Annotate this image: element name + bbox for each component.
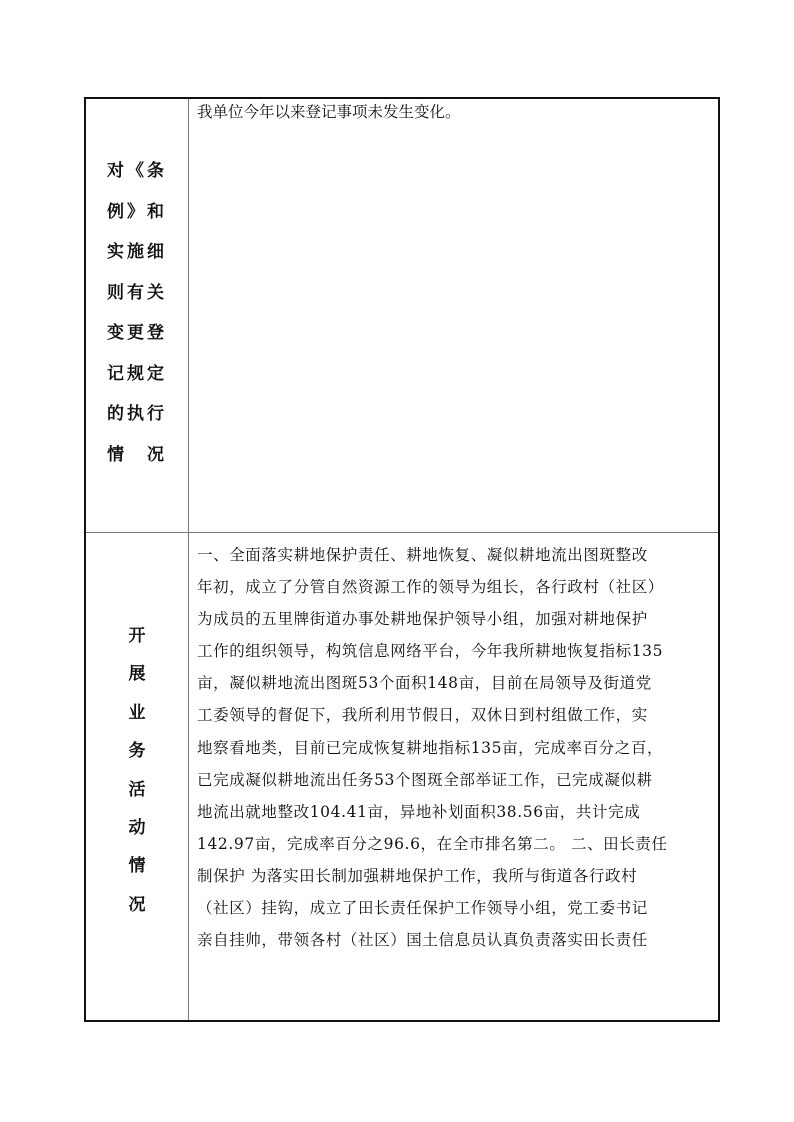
content-line: 地察看地类，目前已完成恢复耕地指标135亩，完成率百分之百， bbox=[197, 732, 714, 764]
content-line: 工作的组织领导，构筑信息网络平台，今年我所耕地恢复指标135 bbox=[197, 635, 714, 667]
label-line: 况 bbox=[86, 886, 188, 924]
label-line: 对《条 bbox=[86, 151, 188, 192]
content-line: 为成员的五里牌街道办事处耕地保护领导小组，加强对耕地保护 bbox=[197, 603, 714, 635]
content-line: 亲自挂帅，带领各村（社区）国土信息员认真负责落实田长责任 bbox=[197, 924, 714, 956]
label-line: 务 bbox=[86, 732, 188, 770]
label-line: 记规定 bbox=[86, 354, 188, 395]
label-line: 情 况 bbox=[86, 435, 188, 476]
content-line: 一、全面落实耕地保护责任、耕地恢复、凝似耕地流出图斑整改 bbox=[197, 539, 714, 571]
content-line: 亩，凝似耕地流出图斑53个面积148亩，目前在局领导及街道党 bbox=[197, 667, 714, 699]
content-line: 已完成凝似耕地流出任务53个图斑全部举证工作，已完成凝似耕 bbox=[197, 764, 714, 796]
label-line: 的执行 bbox=[86, 394, 188, 435]
content-line: 地流出就地整改104.41亩，异地补划面积38.56亩，共计完成 bbox=[197, 796, 714, 828]
row-content-change-registration: 我单位今年以来登记事项未发生变化。 bbox=[189, 99, 718, 532]
row-business-activities: 开 展 业 务 活 动 情 况 一、全面落实耕地保护责任、耕地恢复、凝似耕地流出… bbox=[86, 533, 718, 1020]
content-line: 制保护 为落实田长制加强耕地保护工作，我所与街道各行政村 bbox=[197, 860, 714, 892]
label-line: 例》和 bbox=[86, 192, 188, 233]
label-line: 活 bbox=[86, 771, 188, 809]
registration-report-table: 对《条 例》和 实施细 则有关 变更登 记规定 的执行 情 况 我单位今年以来登… bbox=[84, 97, 720, 1022]
content-line: 工委领导的督促下，我所利用节假日，双休日到村组做工作，实 bbox=[197, 699, 714, 731]
label-line: 动 bbox=[86, 809, 188, 847]
label-line: 展 bbox=[86, 655, 188, 693]
label-line: 则有关 bbox=[86, 273, 188, 314]
label-line: 情 bbox=[86, 847, 188, 885]
row-change-registration: 对《条 例》和 实施细 则有关 变更登 记规定 的执行 情 况 我单位今年以来登… bbox=[86, 99, 718, 533]
label-line: 开 bbox=[86, 617, 188, 655]
row-label-change-registration: 对《条 例》和 实施细 则有关 变更登 记规定 的执行 情 况 bbox=[86, 99, 189, 532]
content-line: （社区）挂钩，成立了田长责任保护工作领导小组，党工委书记 bbox=[197, 892, 714, 924]
label-line: 变更登 bbox=[86, 313, 188, 354]
content-line: 142.97亩，完成率百分之96.6，在全市排名第二。 二、田长责任 bbox=[197, 828, 714, 860]
label-line: 实施细 bbox=[86, 232, 188, 273]
label-line: 业 bbox=[86, 694, 188, 732]
row-content-business-activities: 一、全面落实耕地保护责任、耕地恢复、凝似耕地流出图斑整改 年初，成立了分管自然资… bbox=[189, 533, 718, 1020]
row-label-business-activities: 开 展 业 务 活 动 情 况 bbox=[86, 533, 189, 1020]
content-line: 年初，成立了分管自然资源工作的领导为组长，各行政村（社区） bbox=[197, 571, 714, 603]
